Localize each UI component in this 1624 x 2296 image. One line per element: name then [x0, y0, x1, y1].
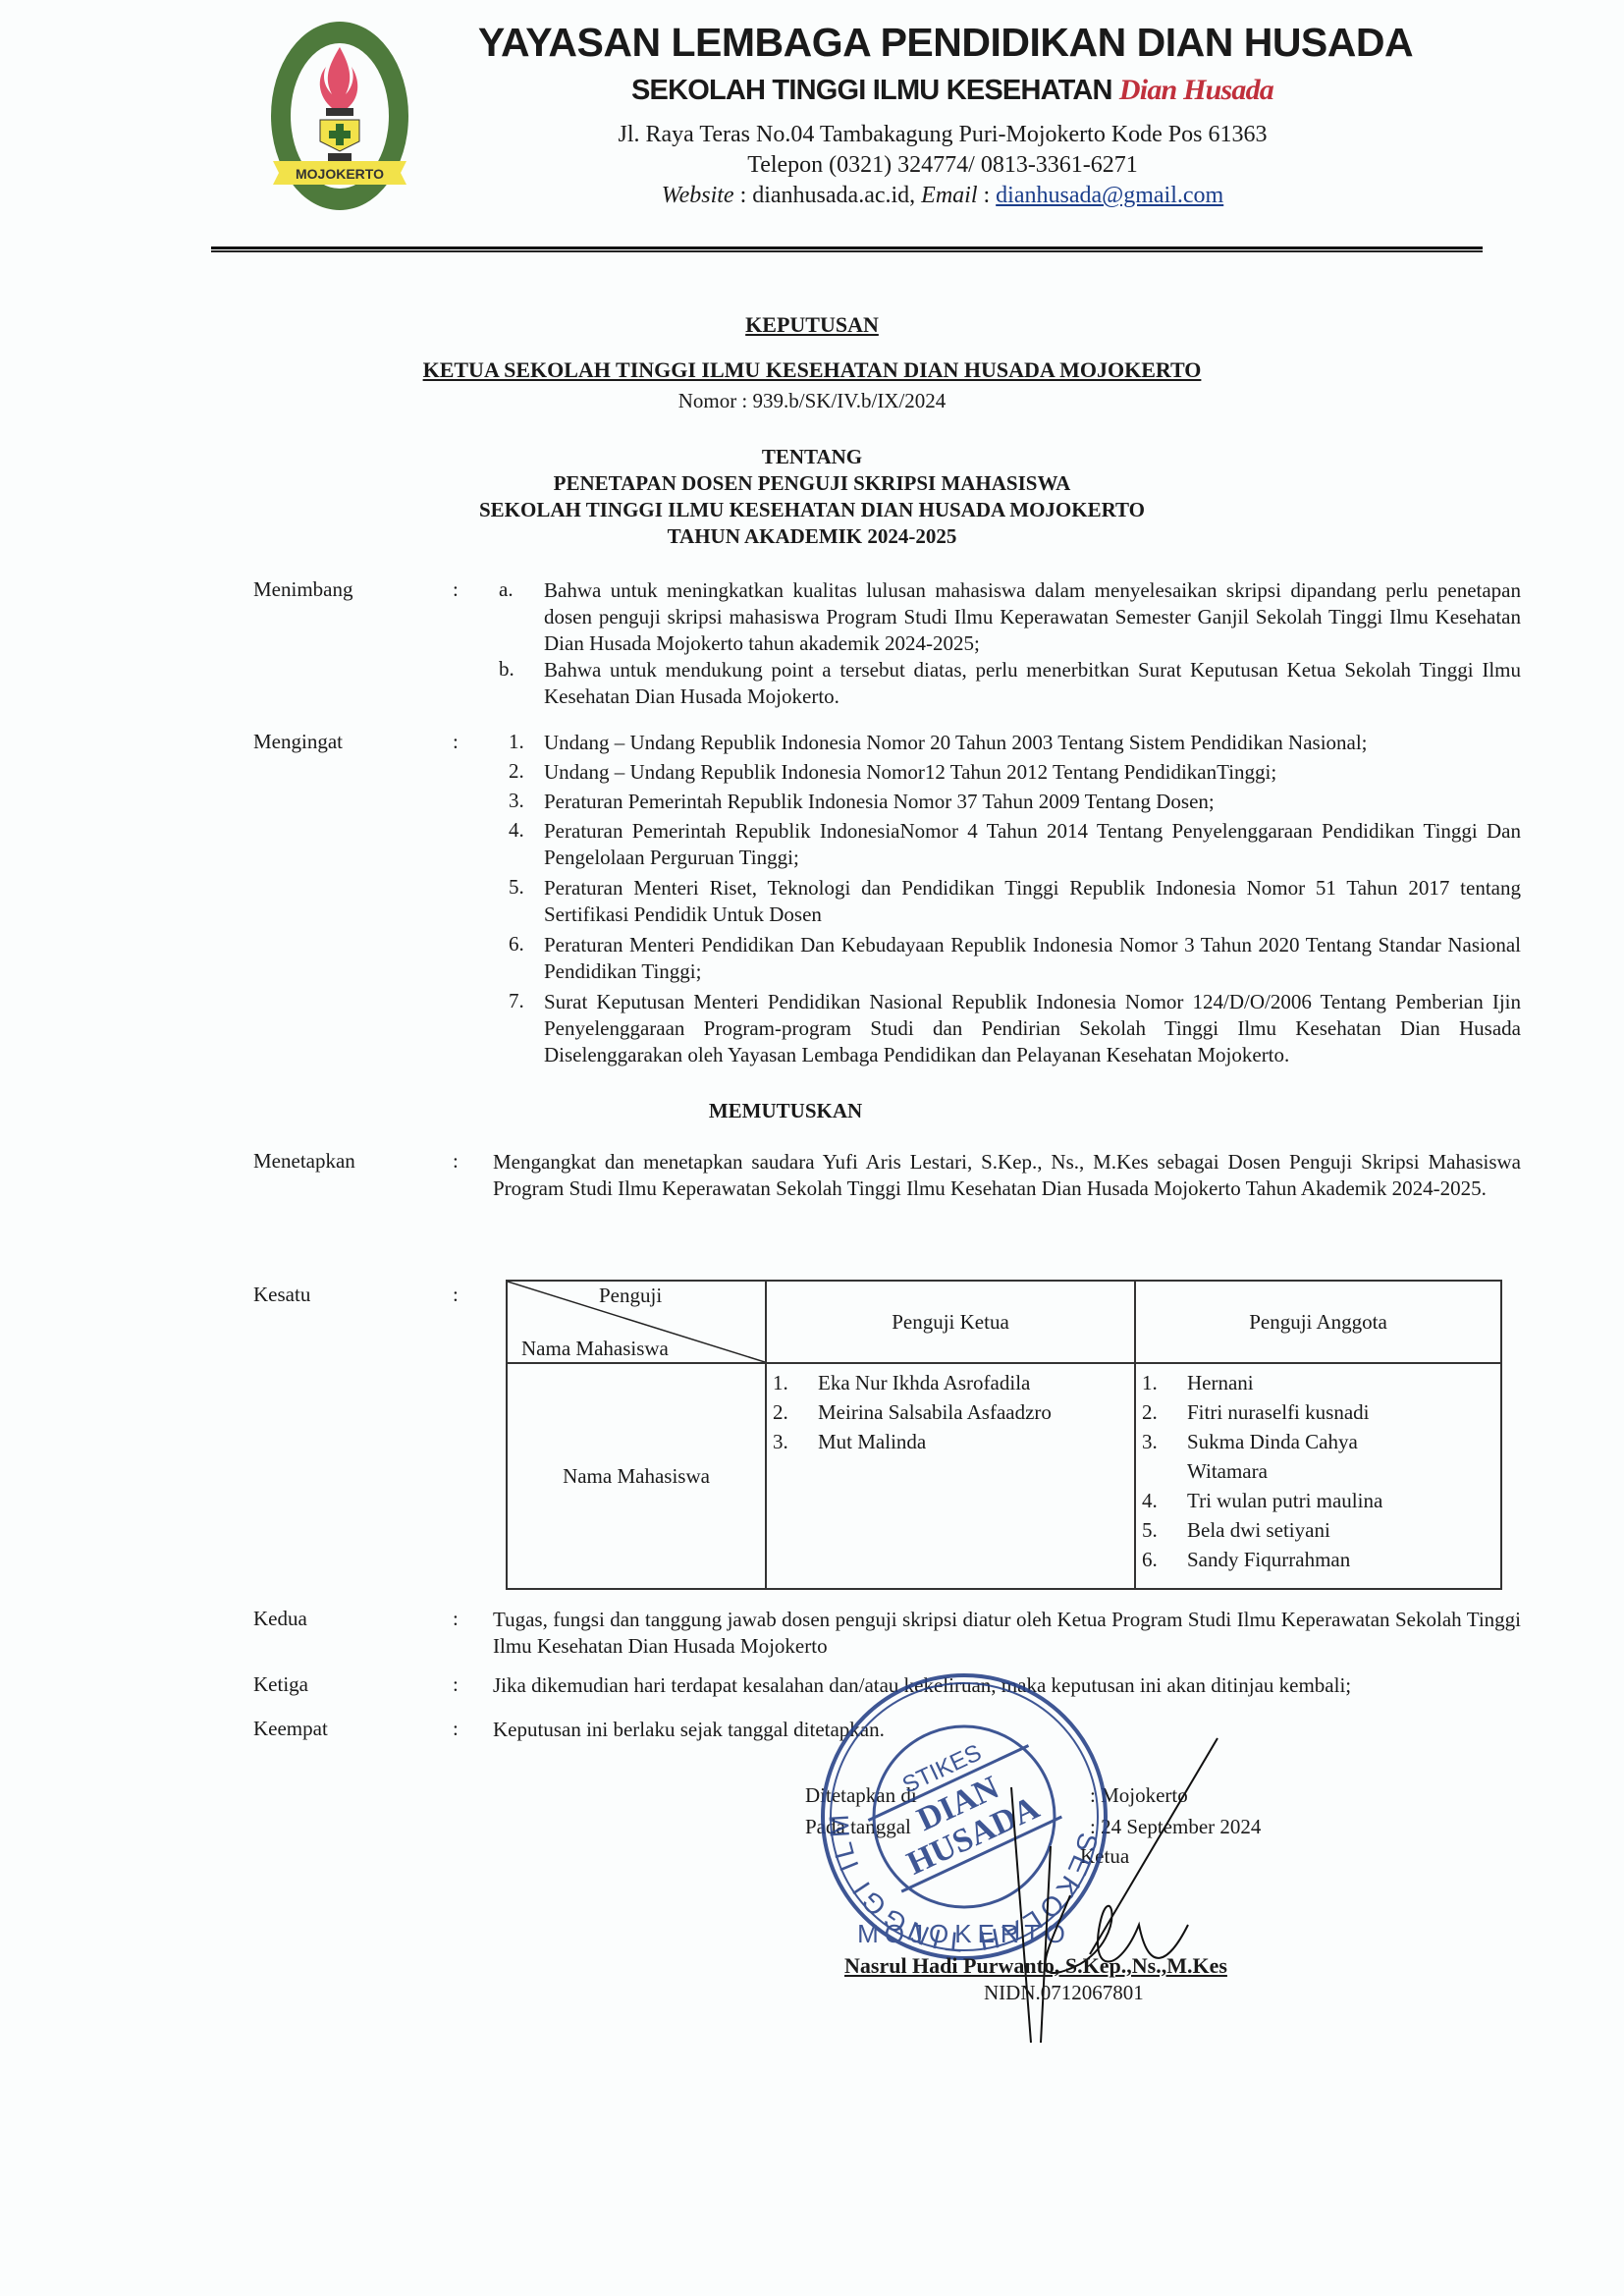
list-marker: 5. [1142, 1515, 1187, 1545]
student-name: Fitri nuraselfi kusnadi [1187, 1400, 1369, 1424]
student-name: Bela dwi setiyani [1187, 1518, 1330, 1542]
phone: Telepon (0321) 324774/ 0813-3361-6271 [535, 152, 1350, 179]
colon: : [453, 577, 459, 602]
table-corner-cell: Penguji Nama Mahasiswa [507, 1281, 766, 1363]
section-label-menetapkan: Menetapkan [253, 1149, 355, 1174]
list-marker: 3. [1142, 1427, 1187, 1486]
section-label-keempat: Keempat [253, 1717, 328, 1741]
item-marker: 4. [509, 818, 524, 843]
table-row: Nama Mahasiswa 1.Eka Nur Ikhda Asrofadil… [507, 1363, 1501, 1589]
menimbang-item: Bahwa untuk mendukung point a tersebut d… [544, 657, 1521, 710]
student-name: Sukma Dinda Cahya Witamara [1187, 1427, 1403, 1486]
institution-script-name: Dian Husada [1119, 74, 1273, 106]
list-item: 3.Mut Malinda [773, 1427, 1128, 1456]
item-marker: a. [499, 577, 514, 602]
doc-number: Nomor : 939.b/SK/IV.b/IX/2024 [0, 389, 1624, 413]
svg-text:MOJOKERTO: MOJOKERTO [296, 166, 384, 182]
memutuskan-heading: MEMUTUSKAN [589, 1099, 982, 1123]
list-marker: 1. [1142, 1368, 1187, 1397]
mengingat-item: Peraturan Menteri Pendidikan Dan Kebuday… [544, 932, 1521, 985]
list-marker: 6. [1142, 1545, 1187, 1574]
institution-logo: MOJOKERTO [267, 18, 412, 214]
list-marker: 2. [1142, 1397, 1187, 1427]
list-marker: 2. [773, 1397, 818, 1427]
student-name: Hernani [1187, 1371, 1254, 1394]
mengingat-item: Surat Keputusan Menteri Pendidikan Nasio… [544, 989, 1521, 1068]
colon: : [453, 1672, 459, 1697]
student-name: Eka Nur Ikhda Asrofadila [818, 1371, 1030, 1394]
subject-line: TAHUN AKADEMIK 2024-2025 [0, 523, 1624, 550]
item-marker: 7. [509, 989, 524, 1013]
list-item: 2.Fitri nuraselfi kusnadi [1142, 1397, 1494, 1427]
item-marker: b. [499, 657, 514, 682]
email-separator: : [978, 183, 997, 208]
student-name: Sandy Fiqurrahman [1187, 1548, 1350, 1571]
list-marker: 1. [773, 1368, 818, 1397]
mengingat-item: Peraturan Pemerintah Republik IndonesiaN… [544, 818, 1521, 871]
item-marker: 1. [509, 730, 524, 754]
subject-block: TENTANG PENETAPAN DOSEN PENGUJI SKRIPSI … [0, 444, 1624, 550]
list-item: 5.Bela dwi setiyani [1142, 1515, 1494, 1545]
list-item: 3.Sukma Dinda Cahya Witamara [1142, 1427, 1494, 1486]
list-item: 1.Eka Nur Ikhda Asrofadila [773, 1368, 1128, 1397]
contact-line: Website : dianhusada.ac.id, Email : dian… [535, 183, 1350, 209]
header-rule [211, 246, 1483, 249]
mengingat-item: Undang – Undang Republik Indonesia Nomor… [544, 759, 1521, 786]
header-rule-thin [211, 250, 1483, 252]
corner-bottom-label: Nama Mahasiswa [521, 1337, 669, 1361]
section-label-kedua: Kedua [253, 1607, 307, 1631]
item-marker: 5. [509, 875, 524, 900]
mengingat-item: Peraturan Pemerintah Republik Indonesia … [544, 789, 1521, 815]
website[interactable]: : dianhusada.ac.id, [740, 183, 916, 208]
row-label: Nama Mahasiswa [507, 1363, 766, 1589]
section-label-ketiga: Ketiga [253, 1672, 308, 1697]
student-name: Tri wulan putri maulina [1187, 1489, 1382, 1512]
menetapkan-text: Mengangkat dan menetapkan saudara Yufi A… [493, 1149, 1521, 1202]
colon: : [453, 1607, 459, 1631]
address: Jl. Raya Teras No.04 Tambakagung Puri-Mo… [535, 122, 1350, 148]
menimbang-item: Bahwa untuk meningkatkan kualitas lulusa… [544, 577, 1521, 657]
column-header-ketua: Penguji Ketua [766, 1281, 1135, 1363]
ketua-student-list: 1.Eka Nur Ikhda Asrofadila 2.Meirina Sal… [766, 1363, 1135, 1589]
list-item: 1.Hernani [1142, 1368, 1494, 1397]
list-item: 6.Sandy Fiqurrahman [1142, 1545, 1494, 1574]
kedua-text: Tugas, fungsi dan tanggung jawab dosen p… [493, 1607, 1521, 1660]
list-marker: 3. [773, 1427, 818, 1456]
table-header-row: Penguji Nama Mahasiswa Penguji Ketua Pen… [507, 1281, 1501, 1363]
subject-line: SEKOLAH TINGGI ILMU KESEHATAN DIAN HUSAD… [0, 497, 1624, 523]
foundation-name: YAYASAN LEMBAGA PENDIDIKAN DIAN HUSADA [450, 20, 1441, 66]
institution-name-text: SEKOLAH TINGGI ILMU KESEHATAN [631, 75, 1112, 106]
list-item: 2.Meirina Salsabila Asfaadzro [773, 1397, 1128, 1427]
website-label: Website [662, 183, 734, 208]
issuer-title: KETUA SEKOLAH TINGGI ILMU KESEHATAN DIAN… [0, 357, 1624, 383]
list-marker: 4. [1142, 1486, 1187, 1515]
section-label-mengingat: Mengingat [253, 730, 343, 754]
colon: : [453, 1283, 459, 1307]
email-link[interactable]: dianhusada@gmail.com [996, 183, 1223, 208]
section-label-kesatu: Kesatu [253, 1283, 310, 1307]
email-label: Email [921, 183, 977, 208]
item-marker: 6. [509, 932, 524, 957]
item-marker: 2. [509, 759, 524, 784]
list-item: 4.Tri wulan putri maulina [1142, 1486, 1494, 1515]
column-header-anggota: Penguji Anggota [1135, 1281, 1501, 1363]
item-marker: 3. [509, 789, 524, 813]
signer-nidn: NIDN.0712067801 [984, 1981, 1144, 2005]
student-name: Mut Malinda [818, 1430, 926, 1453]
mengingat-item: Peraturan Menteri Riset, Teknologi dan P… [544, 875, 1521, 928]
doc-title: KEPUTUSAN [0, 312, 1624, 338]
institution-name: SEKOLAH TINGGI ILMU KESEHATAN Dian Husad… [511, 74, 1394, 107]
colon: : [453, 730, 459, 754]
examiner-table: Penguji Nama Mahasiswa Penguji Ketua Pen… [506, 1280, 1502, 1590]
tentang-heading: TENTANG [0, 444, 1624, 470]
corner-top-label: Penguji [599, 1284, 662, 1308]
mengingat-item: Undang – Undang Republik Indonesia Nomor… [544, 730, 1521, 756]
student-name: Meirina Salsabila Asfaadzro [818, 1400, 1052, 1424]
section-label-menimbang: Menimbang [253, 577, 352, 602]
anggota-student-list: 1.Hernani 2.Fitri nuraselfi kusnadi 3.Su… [1135, 1363, 1501, 1589]
signer-name: Nasrul Hadi Purwanto, S.Kep.,Ns.,M.Kes [844, 1953, 1227, 1979]
colon: : [453, 1149, 459, 1174]
colon: : [453, 1717, 459, 1741]
subject-line: PENETAPAN DOSEN PENGUJI SKRIPSI MAHASISW… [0, 470, 1624, 497]
